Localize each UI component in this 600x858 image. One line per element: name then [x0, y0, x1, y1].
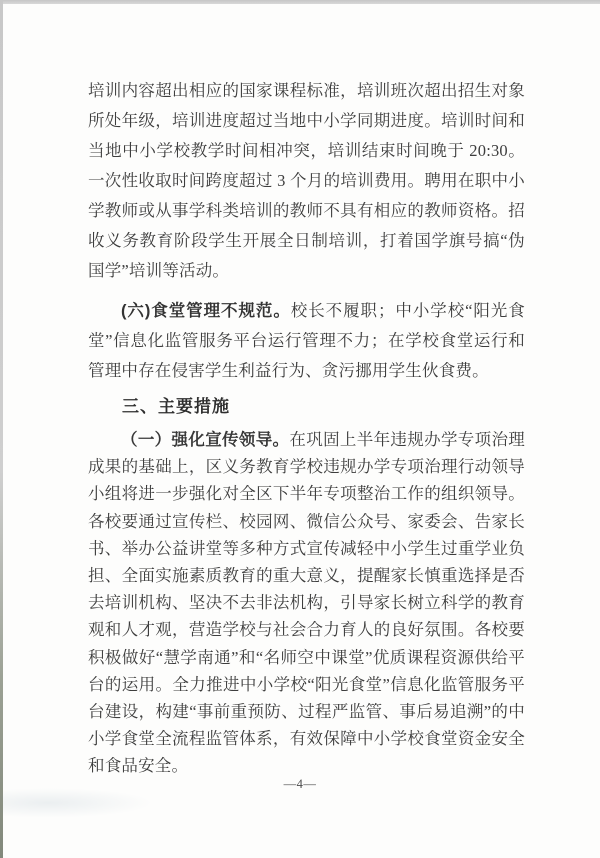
scan-left-edge	[0, 0, 3, 858]
scan-top-edge	[0, 0, 600, 4]
section-heading-main-measures: 三、主要措施	[88, 392, 525, 422]
page-number: —4—	[0, 777, 600, 792]
paragraph-training-violations: 培训内容超出相应的国家课程标准，培训班次超出招生对象所处年级，培训进度超过当地中…	[88, 76, 525, 286]
paragraph-lead-measure-one: （一）强化宣传领导。	[121, 430, 289, 449]
paragraph-measure-one: （一）强化宣传领导。在巩固上半年违规办学专项治理成果的基础上，区义务教育学校违规…	[88, 426, 525, 780]
document-body: 培训内容超出相应的国家课程标准，培训班次超出招生对象所处年级，培训进度超过当地中…	[88, 76, 525, 780]
paragraph-canteen-violations: (六)食堂管理不规范。校长不履职；中小学校“阳光食堂”信息化监管服务平台运行管理…	[88, 296, 525, 386]
scan-smudge	[3, 788, 153, 818]
paragraph-body-measure-one: 在巩固上半年违规办学专项治理成果的基础上，区义务教育学校违规办学专项治理行动领导…	[88, 430, 525, 775]
paragraph-lead-canteen: (六)食堂管理不规范。	[121, 302, 291, 320]
scanned-document-page: 培训内容超出相应的国家课程标准，培训班次超出招生对象所处年级，培训进度超过当地中…	[0, 0, 600, 858]
